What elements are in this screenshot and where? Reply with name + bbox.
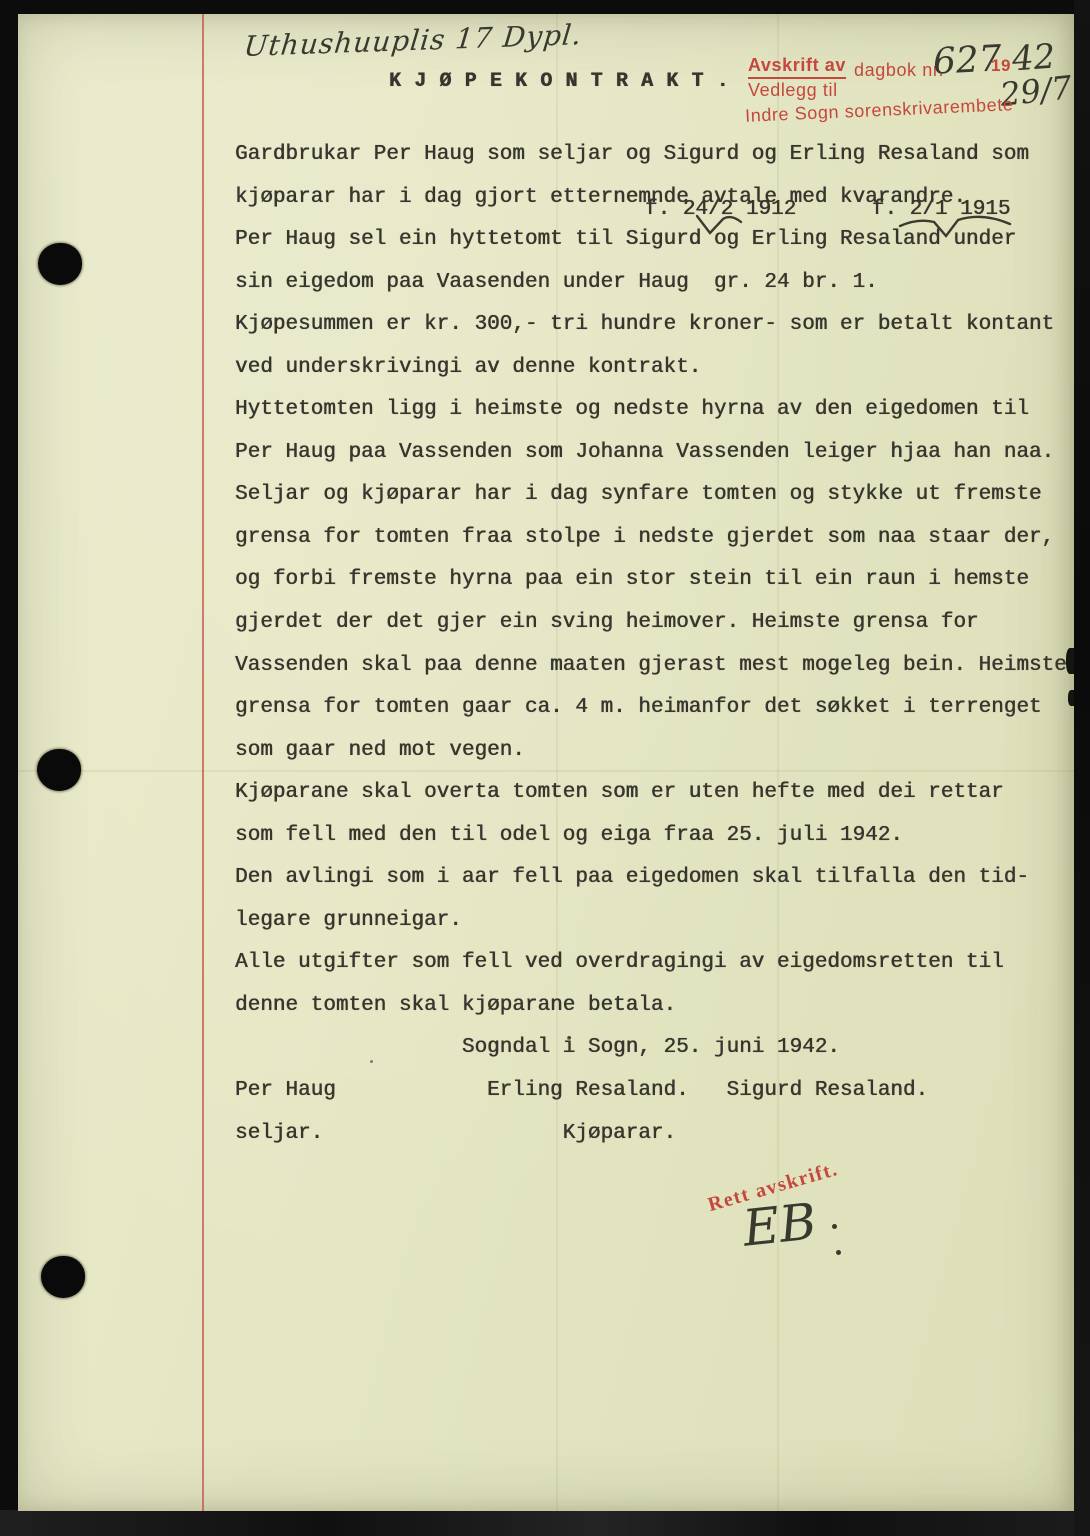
stamp-year-prefix: 19 [991, 56, 1011, 76]
caret-mark-left [695, 212, 747, 240]
paper-speck [370, 1060, 373, 1063]
edge-smudge [1068, 690, 1074, 706]
document-page: Uthushuuplis 17 Dypl. K J Ø P E K O N T … [18, 14, 1074, 1511]
typed-line: grensa for tomten fraa stolpe i nedste g… [235, 517, 1074, 560]
ink-dot [836, 1250, 841, 1255]
scanned-document-scene: Uthushuuplis 17 Dypl. K J Ø P E K O N T … [0, 0, 1090, 1536]
stamp-dagbok-nr: dagbok nr. [854, 60, 944, 81]
typed-line: ved underskrivingi av denne kontrakt. [235, 347, 1074, 390]
typed-line: Vassenden skal paa denne maaten gjerast … [235, 645, 1074, 688]
typed-line: denne tomten skal kjøparane betala. [235, 985, 1074, 1028]
typed-flow: Gardbrukar Per Haug som seljar og Sigurd… [235, 134, 1074, 1155]
typed-line: Kjøparane skal overta tomten som er uten… [235, 772, 1074, 815]
typed-line: gjerdet der det gjer ein sving heimover.… [235, 602, 1074, 645]
punch-hole-middle [37, 749, 81, 791]
typed-line: Per Haug paa Vassenden som Johanna Vasse… [235, 432, 1074, 475]
edge-smudge [1066, 648, 1074, 674]
typed-line: Kjøpesummen er kr. 300,- tri hundre kron… [235, 304, 1074, 347]
typed-line: Alle utgifter som fell ved overdragingi … [235, 942, 1074, 985]
typed-line: sin eigedom paa Vaasenden under Haug gr.… [235, 262, 1074, 305]
paper-speck [998, 574, 1001, 577]
typed-line: Seljar og kjøparar har i dag synfare tom… [235, 474, 1074, 517]
red-margin-line [202, 14, 204, 1511]
typed-line: Den avlingi som i aar fell paa eigedomen… [235, 857, 1074, 900]
punch-hole-top [38, 243, 82, 285]
typed-line: Sogndal i Sogn, 25. juni 1942. [235, 1027, 1074, 1070]
typed-line: Hyttetomten ligg i heimste og nedste hyr… [235, 389, 1074, 432]
stamp-vedlegg-til: Vedlegg til [748, 80, 838, 101]
scanner-bed-bottom [0, 1510, 1090, 1536]
typed-line: legare grunneigar. [235, 900, 1074, 943]
typed-line: Gardbrukar Per Haug som seljar og Sigurd… [235, 134, 1074, 177]
typed-line: grensa for tomten gaar ca. 4 m. heimanfo… [235, 687, 1074, 730]
handwritten-annotation: Uthushuuplis 17 Dypl. [242, 18, 583, 63]
typed-line: Per Haug Erling Resaland. Sigurd Resalan… [235, 1070, 1074, 1113]
punch-hole-bottom [41, 1256, 85, 1298]
paper-speck [567, 1036, 571, 1040]
stamp-avskrift-av: Avskrift av [748, 55, 846, 79]
typed-line: som gaar ned mot vegen. [235, 730, 1074, 773]
caret-mark-right [898, 210, 1014, 242]
typed-line: som fell med den til odel og eiga fraa 2… [235, 815, 1074, 858]
document-title: K J Ø P E K O N T R A K T . [389, 70, 729, 93]
typed-line: seljar. Kjøparar. [235, 1113, 1074, 1156]
ink-dot [832, 1224, 837, 1229]
handwritten-initials: EB [740, 1192, 819, 1257]
typed-line: og forbi fremste hyrna paa ein stor stei… [235, 559, 1074, 602]
scanner-bed-right [1074, 0, 1090, 1536]
